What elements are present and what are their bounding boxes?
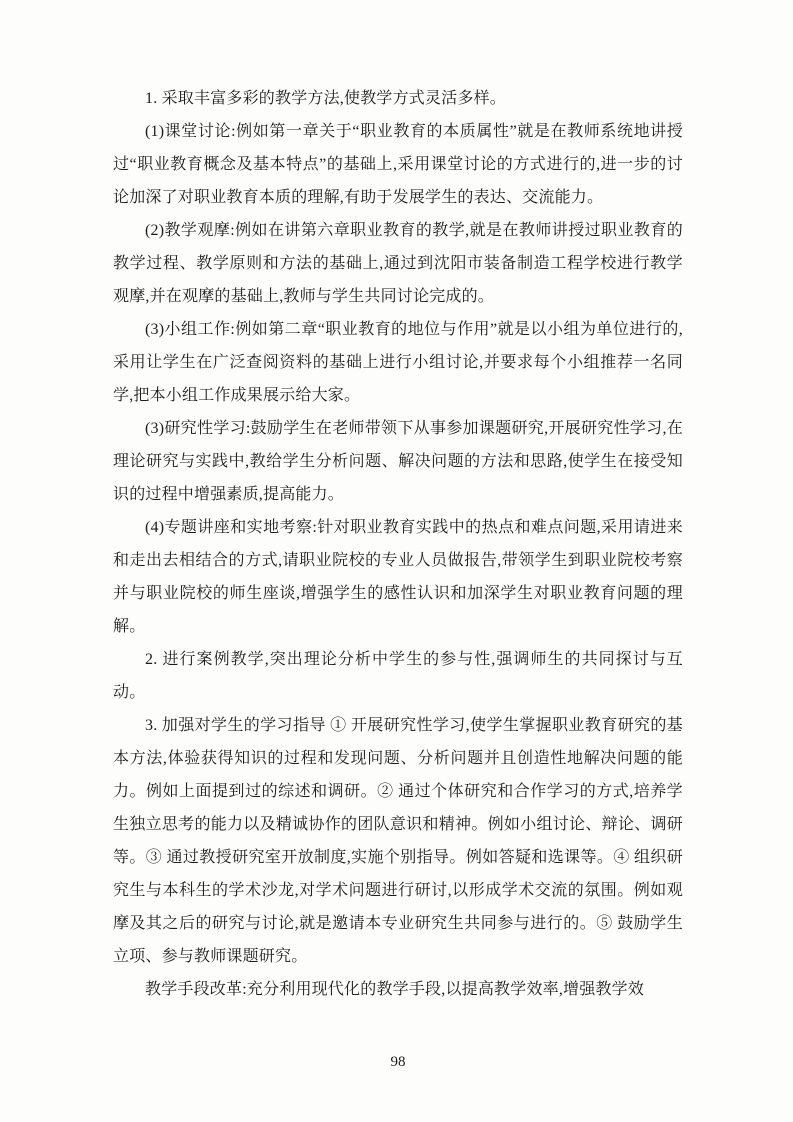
- page-number: 98: [113, 1051, 683, 1073]
- paragraph-group-work: (3)小组工作:例如第二章“职业教育的地位与作用”就是以小组为单位进行的,采用让…: [113, 313, 683, 412]
- paragraph-study-guidance: 3. 加强对学生的学习指导 ① 开展研究性学习,使学生掌握职业教育研究的基本方法…: [113, 709, 683, 973]
- paragraph-case-teaching: 2. 进行案例教学,突出理论分析中学生的参与性,强调师生的共同探讨与互动。: [113, 643, 683, 709]
- document-page: 1. 采取丰富多彩的教学方法,使教学方式灵活多样。 (1)课堂讨论:例如第一章关…: [0, 0, 793, 1122]
- page-body: 1. 采取丰富多彩的教学方法,使教学方式灵活多样。 (1)课堂讨论:例如第一章关…: [113, 82, 683, 1006]
- paragraph-teaching-methods: 1. 采取丰富多彩的教学方法,使教学方式灵活多样。: [113, 82, 683, 115]
- paragraph-research-learning: (3)研究性学习:鼓励学生在老师带领下从事参加课题研究,开展研究性学习,在理论研…: [113, 412, 683, 511]
- paragraph-classroom-discussion: (1)课堂讨论:例如第一章关于“职业教育的本质属性”就是在教师系统地讲授过“职业…: [113, 115, 683, 214]
- paragraph-teaching-observation: (2)教学观摩:例如在讲第六章职业教育的教学,就是在教师讲授过职业教育的教学过程…: [113, 214, 683, 313]
- paragraph-lectures-field-visits: (4)专题讲座和实地考察:针对职业教育实践中的热点和难点问题,采用请进来和走出去…: [113, 511, 683, 643]
- paragraph-teaching-means-reform: 教学手段改革:充分利用现代化的教学手段,以提高教学效率,增强教学效: [113, 973, 683, 1006]
